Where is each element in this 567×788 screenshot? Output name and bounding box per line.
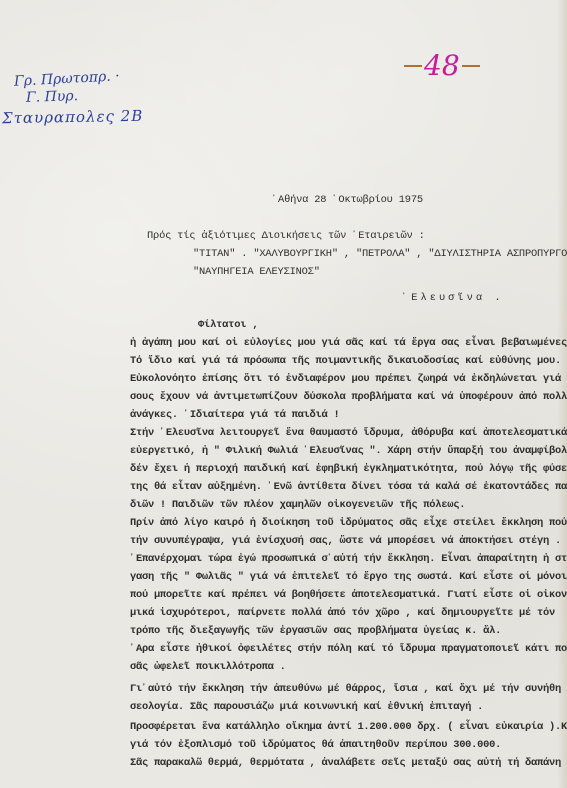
handwritten-note-line-3: Σταυραπολες 2Β	[2, 109, 144, 126]
body-line: Στήν ᾽Ελευσῖνα λειτουργεῖ ἕνα θαυμαστό ἵ…	[130, 428, 567, 438]
addressee-line-1: Πρός τίς ἀξιότιμες Διοικήσεις τῶν ᾽Εταιρ…	[147, 231, 425, 241]
body-line: ἡ ἀγάπη μου καί οἱ εὐλογίες μου γιά σᾶς …	[130, 338, 567, 348]
body-line: Εὐκολονόητο ἐπίσης ὅτι τό ἐνδιαφέρον μου…	[130, 374, 567, 384]
body-line: Γι᾽αὐτό τήν ἔκκληση τήν ἀπευθύνω μέ θάρρ…	[130, 684, 567, 694]
body-line: Τό ἴδιο καί γιά τά πρόσωπα τῆς ποιμαντικ…	[130, 356, 561, 366]
page-number-dash-left	[404, 65, 422, 67]
body-line: εὐεργετικό, ἡ " Φιλική Φωλιά ᾽Ελευσῖνας …	[130, 446, 567, 456]
body-line: Προσφέρεται ἕνα κατάλληλο οἴκημα ἀντί 1.…	[130, 722, 567, 732]
body-line: γαση τῆς " Φωλιᾶς " γιά νά ἐπιτελεῖ τό ἔ…	[130, 572, 567, 582]
body-line: της θά εἶταν αὐξημένη. ᾽Ενῶ ἀντίθετα δίν…	[130, 482, 567, 492]
body-line: μικά ἰσχυρότεροι, παίρνετε πολλά ἀπό τόν…	[130, 608, 555, 618]
addressee-line-2: "ΤΙΤΑΝ" . "ΧΑΛΥΒΟΥΡΓΙΚΗ" , "ΠΕΤΡΟΛΑ" , "…	[193, 249, 567, 259]
handwritten-note-line-2: Γ. Πυρ.	[26, 89, 78, 105]
body-line: σους ἔχουν νά ἀντιμετωπίζουν δύσκολα προ…	[130, 392, 567, 402]
body-line: ἀνάγκες. ᾽Ιδιαίτερα γιά τά παιδιά !	[130, 410, 340, 420]
addressee-line-3: "ΝΑΥΠΗΓΕΙΑ ΕΛΕΥΣΙΝΟΣ"	[193, 267, 320, 277]
body-line: γιά τόν ἐξοπλισμό τοῦ ἱδρύματος θά ἀπαιτ…	[130, 740, 501, 750]
body-line: ᾽Αρα εἶστε ἠθικοί ὀφειλέτες στήν πόλη κα…	[130, 644, 567, 654]
body-line: πού μπορεῖτε καί πρέπει νά βοηθήσετε ἀπο…	[130, 590, 567, 600]
body-line: διῶν ! Παιδιῶν τῶν πλέον χαμηλῶν οἰκογεν…	[130, 500, 465, 510]
body-line: Πρίν ἀπό λίγο καιρό ἡ διοίκηση τοῦ ἱδρύμ…	[130, 518, 567, 528]
body-line: σᾶς ὠφελεῖ ποικιλλότροπα .	[130, 662, 286, 672]
body-line: δέν ἔχει ἡ περιοχή παιδική καί ἐφηβική ἐ…	[130, 464, 567, 474]
letter-date: ᾽Αθήνα 28 ᾽Οκτωβρίου 1975	[272, 195, 423, 205]
addressee-city: ᾽Ελευσῖνα .	[402, 293, 504, 303]
body-line: τρόπο τῆς διεξαγωγῆς τῶν ἐργασιῶν σας πρ…	[130, 626, 501, 636]
salutation: Φίλτατοι ,	[198, 320, 258, 330]
handwritten-note-line-1: Γρ. Πρωτοπρ. ·	[14, 69, 120, 89]
page-number-dash-right	[462, 65, 480, 67]
page-number: 48	[404, 52, 480, 80]
body-line: τήν συνυπέγραψα, γιά ἐνίσχυσή σας, ὥστε …	[130, 536, 561, 546]
body-line: ᾽Επανέρχομαι τώρα ἐγώ προσωπικά σ᾽αὐτή τ…	[130, 554, 567, 564]
body-line: σεολογία. Σᾶς παρουσιάζω μιά κοινωνική κ…	[130, 702, 483, 712]
body-line: Σᾶς παρακαλῶ θερμά, θερμότατα , ἀναλάβετ…	[130, 758, 567, 768]
page-number-value: 48	[424, 52, 460, 80]
